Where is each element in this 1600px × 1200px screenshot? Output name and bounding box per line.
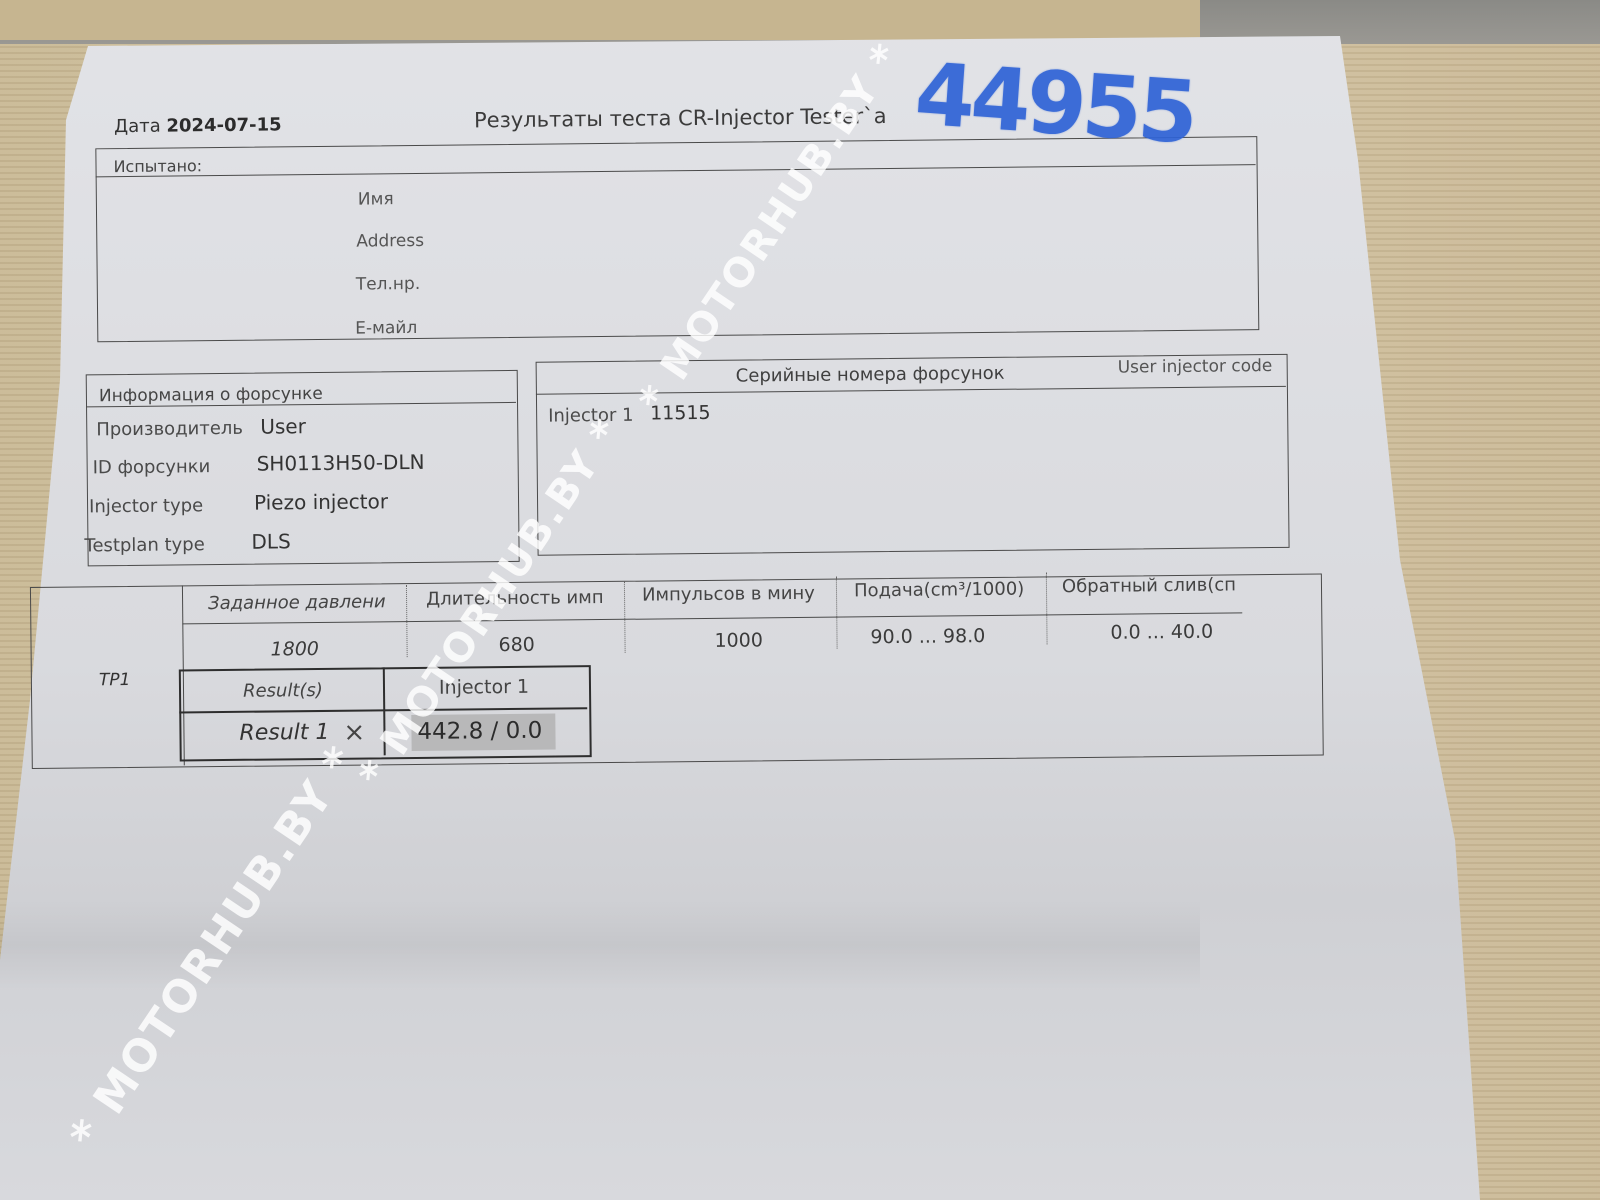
delivery-value: 90.0 ... 98.0: [870, 625, 985, 648]
handwritten-note: 44955: [912, 44, 1197, 163]
tested-section-title: Испытано:: [113, 156, 202, 176]
injector-id-value: SH0113H50-DLN: [257, 450, 425, 476]
date: Дата 2024-07-15: [114, 114, 282, 137]
date-value: 2024-07-15: [166, 114, 281, 136]
column-header-delivery: Подача(cm³/1000): [854, 579, 1024, 602]
field-address-label: Address: [356, 231, 424, 252]
manufacturer-label: Производитель: [96, 418, 243, 441]
field-name-label: Имя: [358, 189, 394, 209]
field-phone-label: Тел.нр.: [356, 274, 421, 295]
testplan-type-label: Testplan type: [84, 534, 204, 556]
result-row-label: Result 1: [239, 720, 329, 746]
injector-info-title: Информация о форсунке: [99, 384, 323, 406]
injector-type-label: Injector type: [89, 495, 203, 517]
user-injector-code-header: User injector code: [1118, 356, 1273, 378]
injector-type-value: Piezo injector: [254, 489, 388, 514]
pulse-duration-value: 680: [498, 634, 534, 656]
tested-section: [95, 136, 1259, 342]
results-header-label: Result(s): [243, 680, 323, 702]
test-point-name: TP1: [99, 670, 131, 690]
manufacturer-value: User: [260, 414, 306, 438]
date-label: Дата: [114, 116, 161, 137]
return-flow-value: 0.0 ... 40.0: [1110, 621, 1213, 644]
column-header-pulses-per-minute: Импульсов в мину: [642, 583, 815, 606]
injector-id-label: ID форсунки: [93, 456, 211, 478]
column-header-return-flow: Обратный слив(cп: [1062, 574, 1236, 597]
serial-numbers-title: Серийные номера форсунок: [736, 363, 1005, 387]
testplan-type-value: DLS: [251, 529, 290, 553]
fail-x-icon: ×: [343, 718, 365, 748]
pressure-value: 1800: [270, 638, 319, 661]
column-header-pressure: Заданное давлени: [208, 591, 386, 614]
pulses-per-minute-value: 1000: [714, 629, 763, 652]
field-email-label: Е-майл: [355, 318, 417, 339]
